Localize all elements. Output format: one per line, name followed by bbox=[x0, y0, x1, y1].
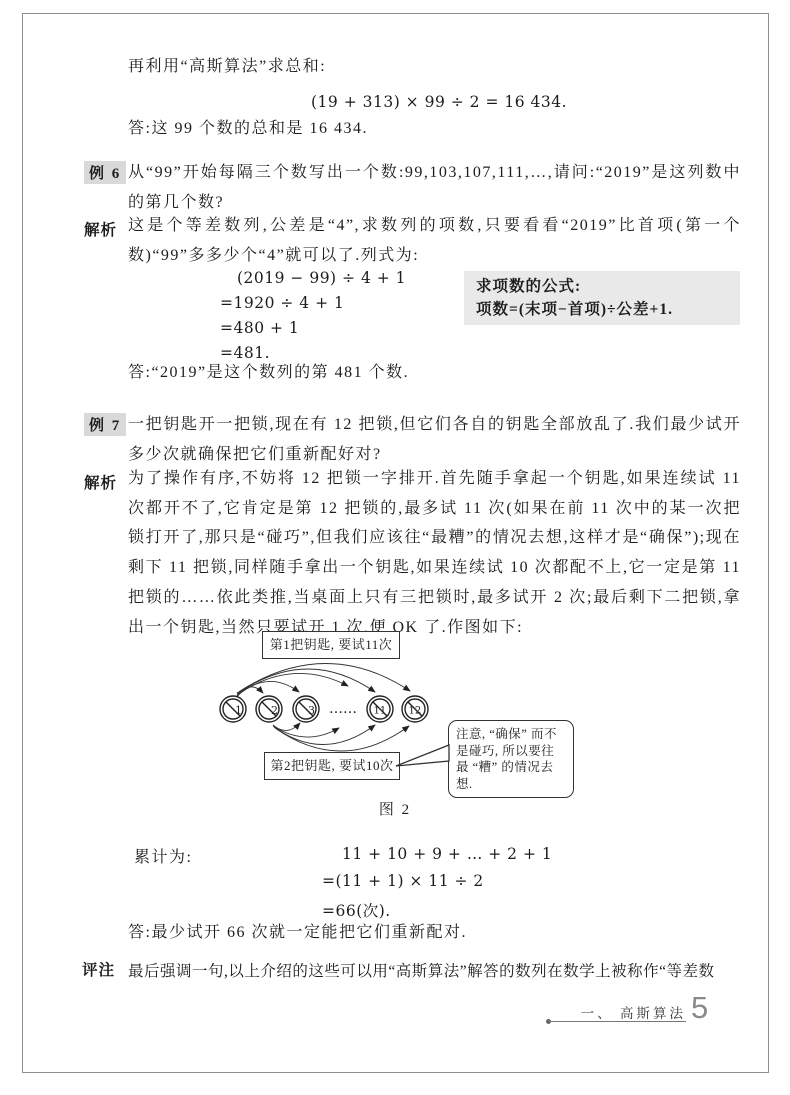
lock-number: 11 bbox=[374, 706, 387, 717]
equation-line: =1920 ÷ 4 + 1 bbox=[220, 294, 406, 319]
example6-equations: (2019 − 99) ÷ 4 + 1 =1920 ÷ 4 + 1 =480 +… bbox=[220, 269, 406, 369]
equation-line: =480 + 1 bbox=[220, 319, 406, 344]
intro-line: 再利用“高斯算法”求总和: bbox=[128, 52, 741, 82]
example6-label: 例 6 bbox=[84, 161, 126, 184]
lock-icon: 12 bbox=[402, 696, 428, 722]
lock-icon: 2 bbox=[256, 696, 282, 722]
equation-line: (2019 − 99) ÷ 4 + 1 bbox=[220, 269, 406, 294]
lock-number: 3 bbox=[308, 704, 315, 717]
example7-equations: 11 + 10 + 9 + … + 2 + 1 =(11 + 1) × 11 ÷… bbox=[322, 845, 552, 926]
formula-note-box: 求项数的公式: 项数=(末项−首项)÷公差+1. bbox=[464, 271, 740, 325]
intro-formula: (19 + 313) × 99 ÷ 2 = 16 434. bbox=[311, 93, 567, 111]
textbook-page: 再利用“高斯算法”求总和: (19 + 313) × 99 ÷ 2 = 16 4… bbox=[0, 0, 790, 1095]
equation-line: 11 + 10 + 9 + … + 2 + 1 bbox=[322, 845, 552, 872]
lock-number: 1 bbox=[235, 704, 242, 717]
lock-row: 1 2 3 11 bbox=[220, 696, 428, 722]
ellipsis-dots: …… bbox=[329, 701, 357, 717]
example6-analysis-label: 解析 bbox=[84, 218, 117, 240]
figure-caption: 图 2 bbox=[340, 798, 450, 819]
callout-tail bbox=[396, 745, 449, 766]
example6-answer: 答:“2019”是这个数列的第 481 个数. bbox=[128, 358, 741, 388]
arrow-arc bbox=[237, 673, 348, 695]
example7-analysis-label: 解析 bbox=[84, 471, 117, 493]
formula-note-formula: 项数=(末项−首项)÷公差+1. bbox=[476, 298, 728, 321]
lock-icon: 3 bbox=[293, 696, 319, 722]
lock-icon: 11 bbox=[367, 696, 393, 722]
footer-section-title: 一、 高斯算法 bbox=[560, 1002, 686, 1022]
example6-question: 从“99”开始每隔三个数写出一个数:99,103,107,111,…,请问:“2… bbox=[128, 158, 741, 218]
example7-question: 一把钥匙开一把锁,现在有 12 把锁,但它们各自的钥匙全部放乱了.我们最少试开多… bbox=[128, 410, 741, 470]
arrow-arc bbox=[237, 663, 410, 693]
arrow-arc bbox=[237, 669, 375, 694]
footer-page-number: 5 bbox=[691, 990, 708, 1026]
remark-label: 评注 bbox=[82, 958, 115, 980]
formula-note-title: 求项数的公式: bbox=[476, 275, 728, 298]
lock-number: 2 bbox=[271, 704, 278, 717]
equation-line: =(11 + 1) × 11 ÷ 2 bbox=[322, 872, 552, 899]
figure2-diagram: 第1把钥匙, 要试11次 第2把钥匙, 要试10次 注意, “确保” 而不是碰巧… bbox=[180, 618, 740, 818]
key1-trial-arcs bbox=[237, 663, 410, 697]
example6-analysis-text: 这是个等差数列,公差是“4”,求数列的项数,只要看看“2019”比首项(第一个数… bbox=[128, 211, 741, 271]
example7-answer: 答:最少试开 66 次就一定能把它们重新配对. bbox=[128, 918, 741, 948]
key2-trial-arcs bbox=[273, 723, 409, 751]
example7-label: 例 7 bbox=[84, 413, 126, 436]
locks-and-arrows-graphic: 1 2 3 11 bbox=[180, 618, 740, 818]
lock-number: 12 bbox=[409, 706, 422, 717]
arrow-arc bbox=[273, 726, 339, 737]
lock-icon: 1 bbox=[220, 696, 246, 722]
remark-text: 最后强调一句,以上介绍的这些可以用“高斯算法”解答的数列在数学上被称作“等差数 bbox=[128, 957, 715, 987]
total-label: 累计为: bbox=[134, 843, 192, 873]
example7-analysis-text: 为了操作有序,不妨将 12 把锁一字排开.首先随手拿起一个钥匙,如果连续试 11… bbox=[128, 464, 741, 642]
intro-answer: 答:这 99 个数的总和是 16 434. bbox=[128, 114, 741, 144]
